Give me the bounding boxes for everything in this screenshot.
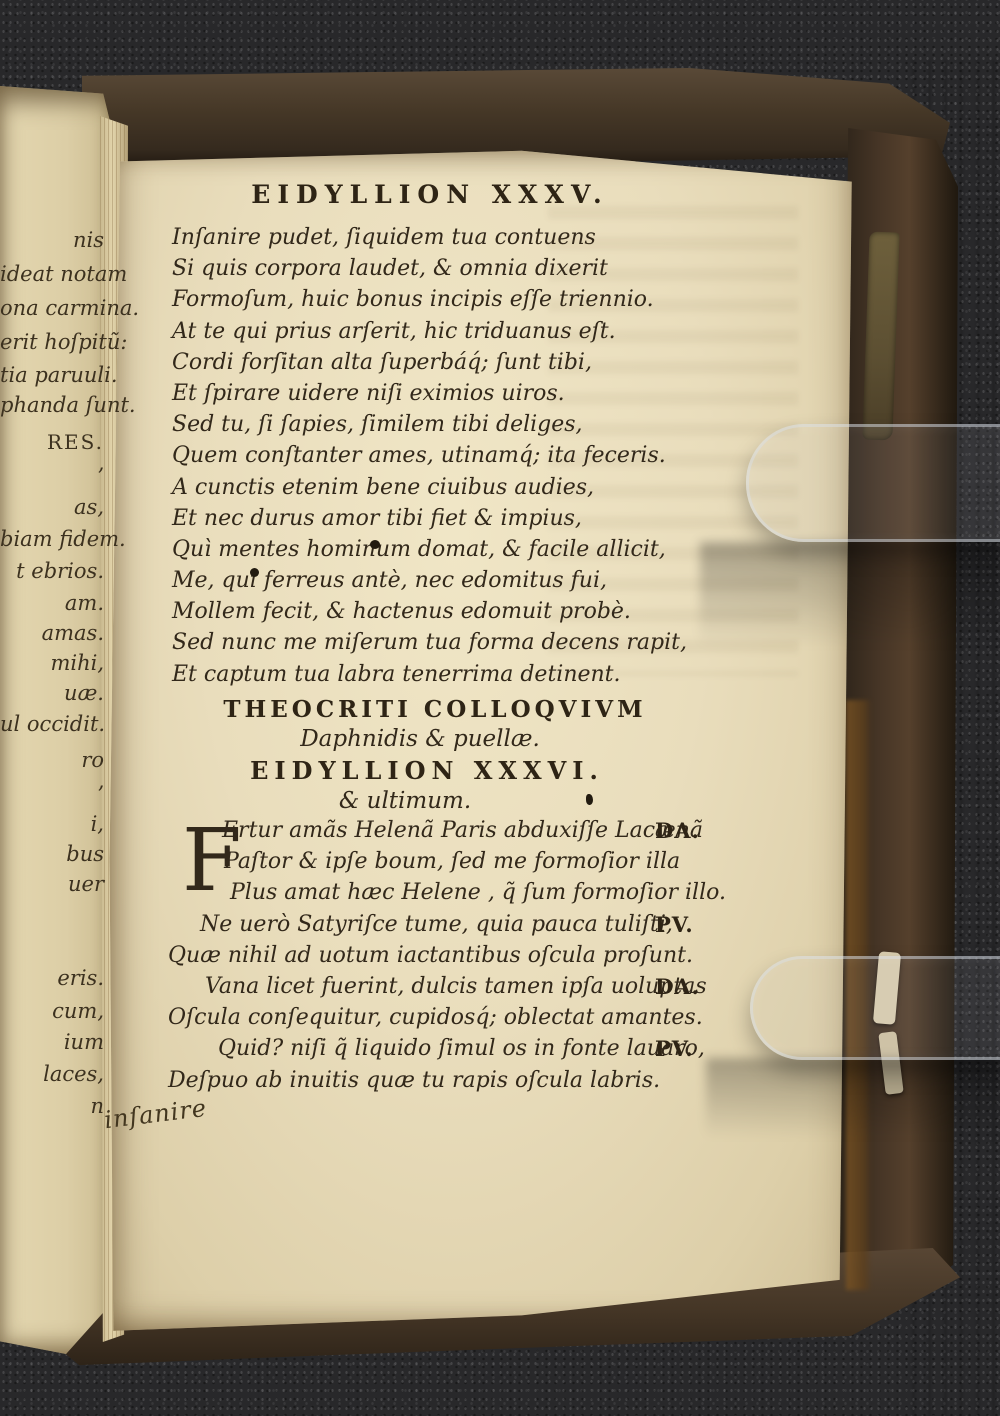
idyll-36-verse: Ertur amãs Helenã Paris abduxiſſe Lacænã… <box>168 818 768 1099</box>
verso-fragment: ro <box>0 748 176 772</box>
verso-fragment: t ebrios. <box>0 559 112 583</box>
verse-line: Inſanire pudet, ſiquidem tua contuens <box>172 222 772 253</box>
verse-line: Et ſpirare uidere niſi eximios uiros. <box>172 378 772 409</box>
verse-line: Ne uerò Satyriſce tume, quia pauca tuliſ… <box>168 912 768 943</box>
verso-fragment: as, <box>0 495 152 519</box>
verso-fragment: uæ. <box>0 681 158 705</box>
verse-text: Plus amat hæc Helene , q̃ ſum formoſior … <box>230 880 726 905</box>
ink-blot <box>586 794 593 805</box>
verso-fragment: cum, <box>0 999 148 1023</box>
verse-text: Ertur amãs Helenã Paris abduxiſſe Lacænã <box>222 818 703 843</box>
verso-fragment: erit hoſpitũ: <box>0 330 106 354</box>
verse-line: Quì mentes hominum domat, & facile allic… <box>172 534 772 565</box>
verse-line: Paſtor & ipſe boum, ſed me formoſior ill… <box>168 849 768 880</box>
verso-fragment: am. <box>0 591 160 615</box>
verse-line: Si quis corpora laudet, & omnia dixerit <box>172 253 772 284</box>
verso-fragment: ium <box>0 1030 154 1054</box>
idyll-35-heading: EIDYLLION XXXV. <box>130 180 730 209</box>
verse-line: Oſcula conſequitur, cupidosq́; oblectat … <box>168 1005 768 1036</box>
verso-fragment: ’ <box>0 464 192 488</box>
transparent-page-clip-lower <box>750 956 1000 1060</box>
ink-blot <box>250 568 259 577</box>
verse-line: Me, qui ferreus antè, nec edomitus fui, <box>172 565 772 596</box>
speaker-label: DA. <box>655 974 700 999</box>
verso-fragment: ul occidit. <box>0 712 120 736</box>
clip-shadow <box>706 1058 1000 1138</box>
verse-line: Vana licet fuerint, dulcis tamen ipſa uo… <box>168 974 768 1005</box>
idyll-36-heading: EIDYLLION XXXVI. <box>127 756 727 785</box>
verso-fragment: phanda ſunt. <box>0 393 104 417</box>
verse-line: Ertur amãs Helenã Paris abduxiſſe Lacænã… <box>168 818 768 849</box>
verso-fragment: tia paruuli. <box>0 363 104 387</box>
verse-line: Quem conſtanter ames, utinamq́; ita fece… <box>172 440 772 471</box>
verse-text: Vana licet fuerint, dulcis tamen ipſa uo… <box>205 974 707 999</box>
recto-text-block: EIDYLLION XXXV. Inſanire pudet, ſiquidem… <box>168 146 768 1332</box>
recto-page: EIDYLLION XXXV. Inſanire pudet, ſiquidem… <box>108 146 860 1332</box>
verso-fragment: nis <box>0 228 160 252</box>
verse-text: Oſcula conſequitur, cupidosq́; oblectat … <box>168 1005 703 1030</box>
verse-line: Plus amat hæc Helene , q̃ ſum formoſior … <box>168 880 768 911</box>
speaker-label: PV. <box>655 1036 694 1061</box>
verso-fragment: uer <box>0 872 162 896</box>
colloquium-subtitle: Daphnidis & puellæ. <box>120 726 720 752</box>
verso-fragment: laces, <box>0 1062 142 1086</box>
book-cover-top-edge <box>82 66 950 164</box>
verso-fragment: i, <box>0 812 182 836</box>
verse-line: Cordi forſitan alta ſuperbáq́; ſunt tibi… <box>172 347 772 378</box>
verso-fragment: biam fidem. <box>0 527 104 551</box>
verse-text: Quæ nihil ad uotum iactantibus oſcula pr… <box>168 943 693 968</box>
verse-line: Sed nunc me miſerum tua forma decens rap… <box>172 627 772 658</box>
verso-fragment: amas. <box>0 621 146 645</box>
verse-text: Quid? niſi q̃ liquido ſimul os in fonte … <box>218 1036 705 1061</box>
ink-blot <box>370 540 380 549</box>
speaker-label: PV. <box>655 912 694 937</box>
verso-fragment: bus <box>0 842 160 866</box>
verse-line: Formoſum, huic bonus incipis eſſe trienn… <box>172 284 772 315</box>
verso-fragment: ’ <box>0 782 190 806</box>
verso-fragment: eris. <box>0 966 154 990</box>
speaker-label: DA. <box>655 818 700 843</box>
idyll-35-verse: Inſanire pudet, ſiquidem tua contuens Si… <box>172 222 772 690</box>
verse-text: Ne uerò Satyriſce tume, quia pauca tuliſ… <box>200 912 673 937</box>
verse-line: Quæ nihil ad uotum iactantibus oſcula pr… <box>168 943 768 974</box>
verse-line: Quid? niſi q̃ liquido ſimul os in fonte … <box>168 1036 768 1067</box>
verso-fragment: mihi, <box>0 651 150 675</box>
verse-line: At te qui prius arſerit, hic triduanus e… <box>172 316 772 347</box>
verse-line: Mollem fecit, & hactenus edomuit probè. <box>172 596 772 627</box>
verso-fragment: RES. <box>0 430 146 454</box>
transparent-page-clip-upper <box>746 424 1000 542</box>
photo-of-open-book: { "colors": { "background_felt": "#28282… <box>0 0 1000 1416</box>
verso-fragment: ona carmina. <box>0 296 106 320</box>
verse-text: Deſpuo ab inuitis quæ tu rapis oſcula la… <box>168 1068 660 1093</box>
clip-shadow <box>700 542 1000 647</box>
verse-line: Et nec durus amor tibi fiet & impius, <box>172 503 772 534</box>
verso-fragment: ideat notam <box>0 262 108 286</box>
verse-line: Deſpuo ab inuitis quæ tu rapis oſcula la… <box>168 1068 768 1099</box>
colloquium-title: THEOCRITI COLLOQVIVM <box>135 696 735 723</box>
verse-line: Et captum tua labra tenerrima detinent. <box>172 659 772 690</box>
verse-line: A cunctis etenim bene ciuibus audies, <box>172 472 772 503</box>
verse-text: Paſtor & ipſe boum, ſed me formoſior ill… <box>224 849 680 874</box>
verse-line: Sed tu, ſi ſapies, ſimilem tibi deliges, <box>172 409 772 440</box>
